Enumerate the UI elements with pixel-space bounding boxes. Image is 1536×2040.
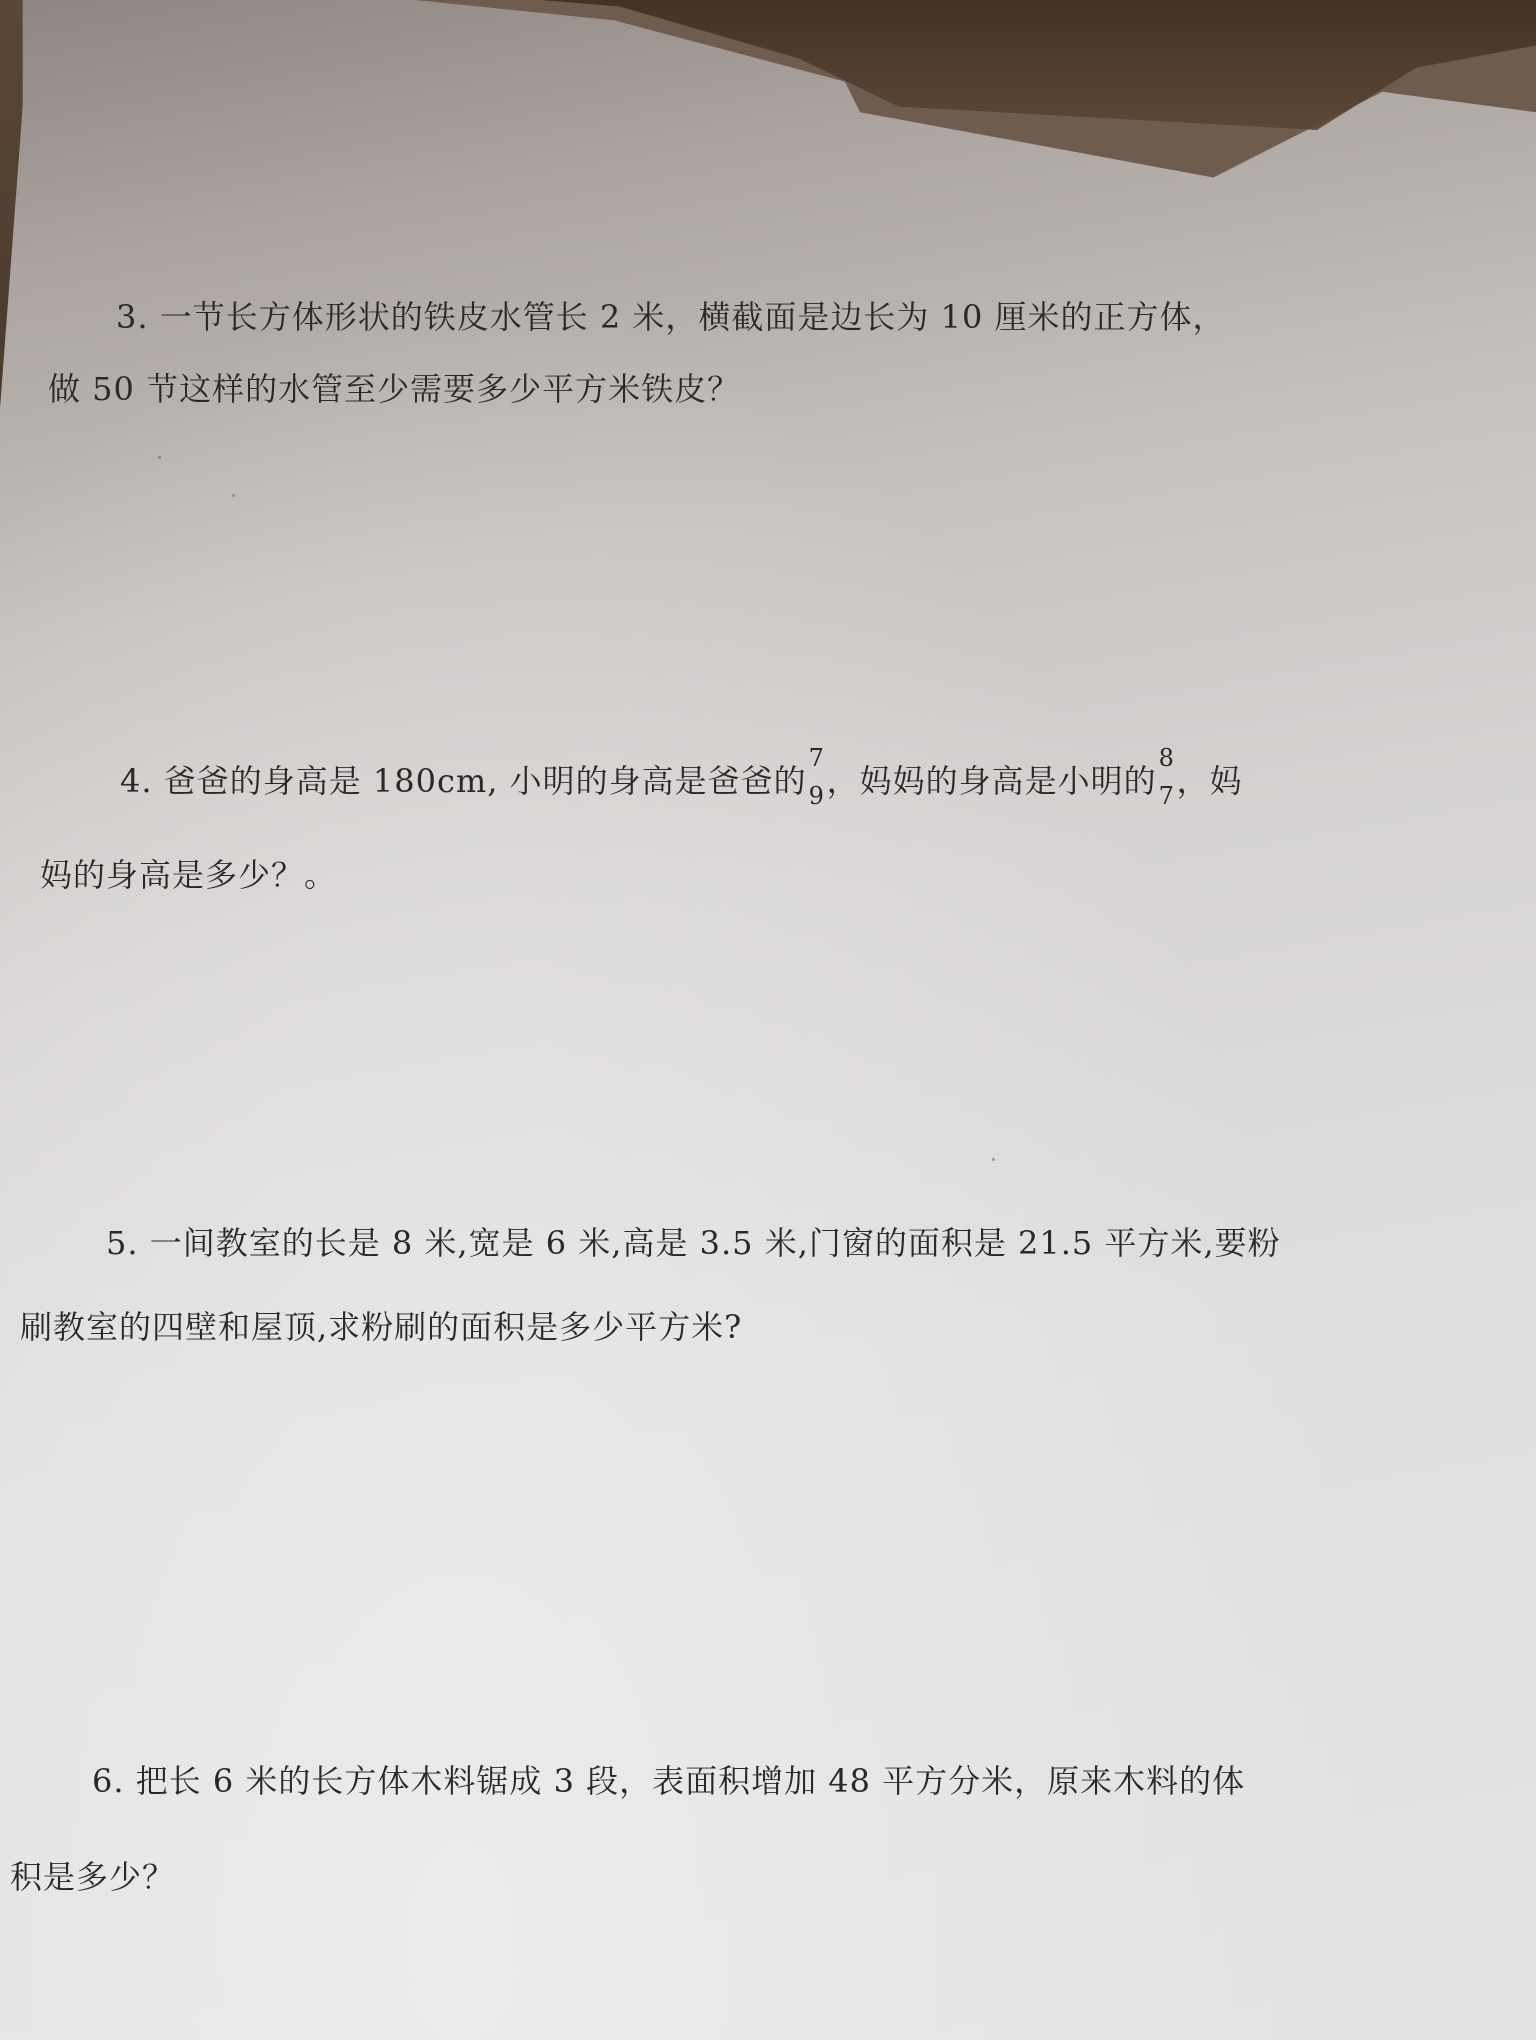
question-4-line-2: 妈的身高是多少？。 <box>40 850 337 896</box>
fraction-numerator: 7 <box>809 746 825 770</box>
question-text: ，妈妈的身高是小明的 <box>827 762 1157 800</box>
fraction-denominator: 9 <box>809 784 825 808</box>
question-3-line-1: 3. 一节长方体形状的铁皮水管长 2 米，横截面是边长为 10 厘米的正方体， <box>116 292 1225 338</box>
question-number: 3. <box>116 298 149 336</box>
question-5-line-2: 刷教室的四壁和屋顶,求粉刷的面积是多少平方米? <box>20 1302 742 1348</box>
question-3-line-2: 做 50 节这样的水管至少需要多少平方米铁皮？ <box>48 364 740 410</box>
question-text: 把长 6 米的长方体木料锯成 3 段，表面积增加 48 平方分米，原来木料的体 <box>136 1762 1245 1800</box>
question-number: 6. <box>92 1762 125 1800</box>
paper-speck <box>232 494 235 497</box>
fraction-numerator: 8 <box>1159 746 1175 770</box>
fraction-7-9: 79 <box>807 764 827 804</box>
question-text: ，妈 <box>1177 762 1243 800</box>
question-text: 一间教室的长是 8 米,宽是 6 米,高是 3.5 米,门窗的面积是 21.5 … <box>150 1224 1281 1262</box>
question-number: 4. <box>120 762 153 800</box>
question-text: 爸爸的身高是 180cm, 小明的身高是爸爸的 <box>164 762 807 800</box>
fraction-denominator: 7 <box>1159 784 1175 808</box>
question-number: 5. <box>106 1224 139 1262</box>
question-6-line-1: 6. 把长 6 米的长方体木料锯成 3 段，表面积增加 48 平方分米，原来木料… <box>92 1756 1245 1802</box>
question-5-line-1: 5. 一间教室的长是 8 米,宽是 6 米,高是 3.5 米,门窗的面积是 21… <box>106 1218 1281 1264</box>
question-4-line-1: 4. 爸爸的身高是 180cm, 小明的身高是爸爸的79，妈妈的身高是小明的87… <box>120 756 1243 804</box>
paper-speck <box>992 1158 995 1161</box>
question-6-line-2: 积是多少？ <box>10 1852 175 1898</box>
question-text: 一节长方体形状的铁皮水管长 2 米，横截面是边长为 10 厘米的正方体， <box>160 298 1226 336</box>
fraction-8-7: 87 <box>1157 764 1177 804</box>
paper-speck <box>158 456 161 459</box>
